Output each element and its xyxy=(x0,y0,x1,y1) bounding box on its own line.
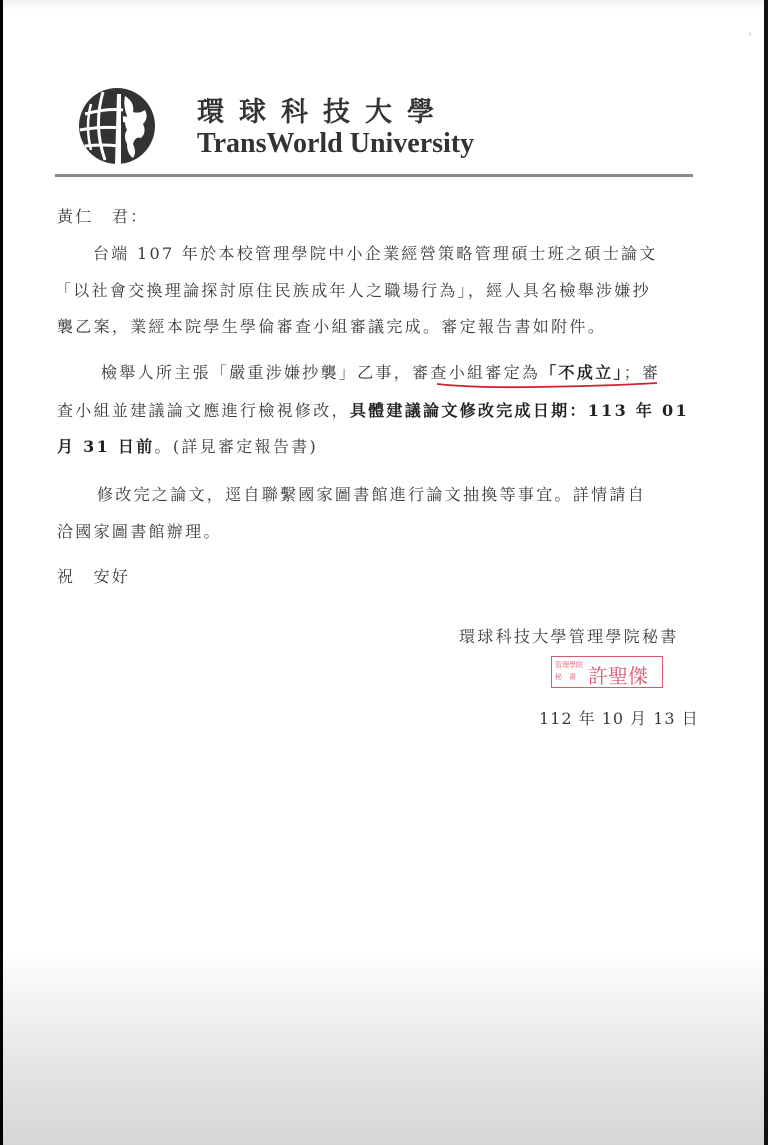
verdict-not-established: 「不成立」 xyxy=(540,363,624,382)
deadline-date: 月 31 日前 xyxy=(57,437,155,456)
letterhead: 環球科技大學 TransWorld University xyxy=(75,82,695,182)
salutation: 黃仁 君： xyxy=(57,204,149,227)
globe-logo-icon xyxy=(77,86,157,166)
paragraph3-line2: 洽國家圖書館辦理。 xyxy=(57,519,222,542)
recommendation-text: 查小組並建議論文應進行檢視修改， xyxy=(57,401,350,420)
scan-mark: › xyxy=(748,30,752,40)
paragraph1-line2: 「以社會交換理論探討原住民族成年人之職場行為」，經人具名檢舉涉嫌抄 xyxy=(55,278,651,301)
signature-office: 環球科技大學管理學院秘書 xyxy=(459,624,679,647)
deadline-text: 具體建議論文修改完成日期：113 年 01 xyxy=(350,401,689,420)
letter-date: 112 年 10 月 13 日 xyxy=(539,706,699,729)
paragraph2-line1: 檢舉人所主張「嚴重涉嫌抄襲」乙事，審查小組審定為「不成立」；審 xyxy=(101,360,660,383)
stamp-name: 許聖傑 xyxy=(588,660,648,689)
review-result-underlined: 審查小組審定為 xyxy=(412,363,540,382)
allegation-text: 檢舉人所主張「嚴重涉嫌抄襲」乙事， xyxy=(101,363,412,382)
paragraph1-line1: 台端 107 年於本校管理學院中小企業經營策略管理碩士班之碩士論文 xyxy=(93,241,658,264)
paragraph2-line3: 月 31 日前。(詳見審定報告書) xyxy=(57,434,318,457)
official-seal-stamp: 管理學院秘 書 許聖傑 xyxy=(551,656,663,688)
university-name-en: TransWorld University xyxy=(197,128,474,160)
frame-edge xyxy=(764,0,768,1145)
university-name-zh: 環球科技大學 xyxy=(197,90,449,129)
header-divider xyxy=(55,174,693,177)
paragraph2-line2: 查小組並建議論文應進行檢視修改，具體建議論文修改完成日期：113 年 01 xyxy=(57,398,689,421)
paragraph2-line1-tail: ；審 xyxy=(624,363,661,382)
paragraph3-line1: 修改完之論文，逕自聯繫國家圖書館進行論文抽換等事宜。詳情請自 xyxy=(97,482,646,505)
document-page: › 環球科技大學 TransWorld University 黃仁 君： 台端 … xyxy=(3,0,764,1145)
paragraph1-line3: 襲乙案，業經本院學生學倫審查小組審議完成。審定報告書如附件。 xyxy=(57,314,606,337)
closing: 祝 安好 xyxy=(57,564,130,587)
stamp-title: 管理學院秘 書 xyxy=(555,659,585,683)
red-underline-annotation xyxy=(435,381,659,389)
see-report-note: 。(詳見審定報告書) xyxy=(155,437,319,456)
